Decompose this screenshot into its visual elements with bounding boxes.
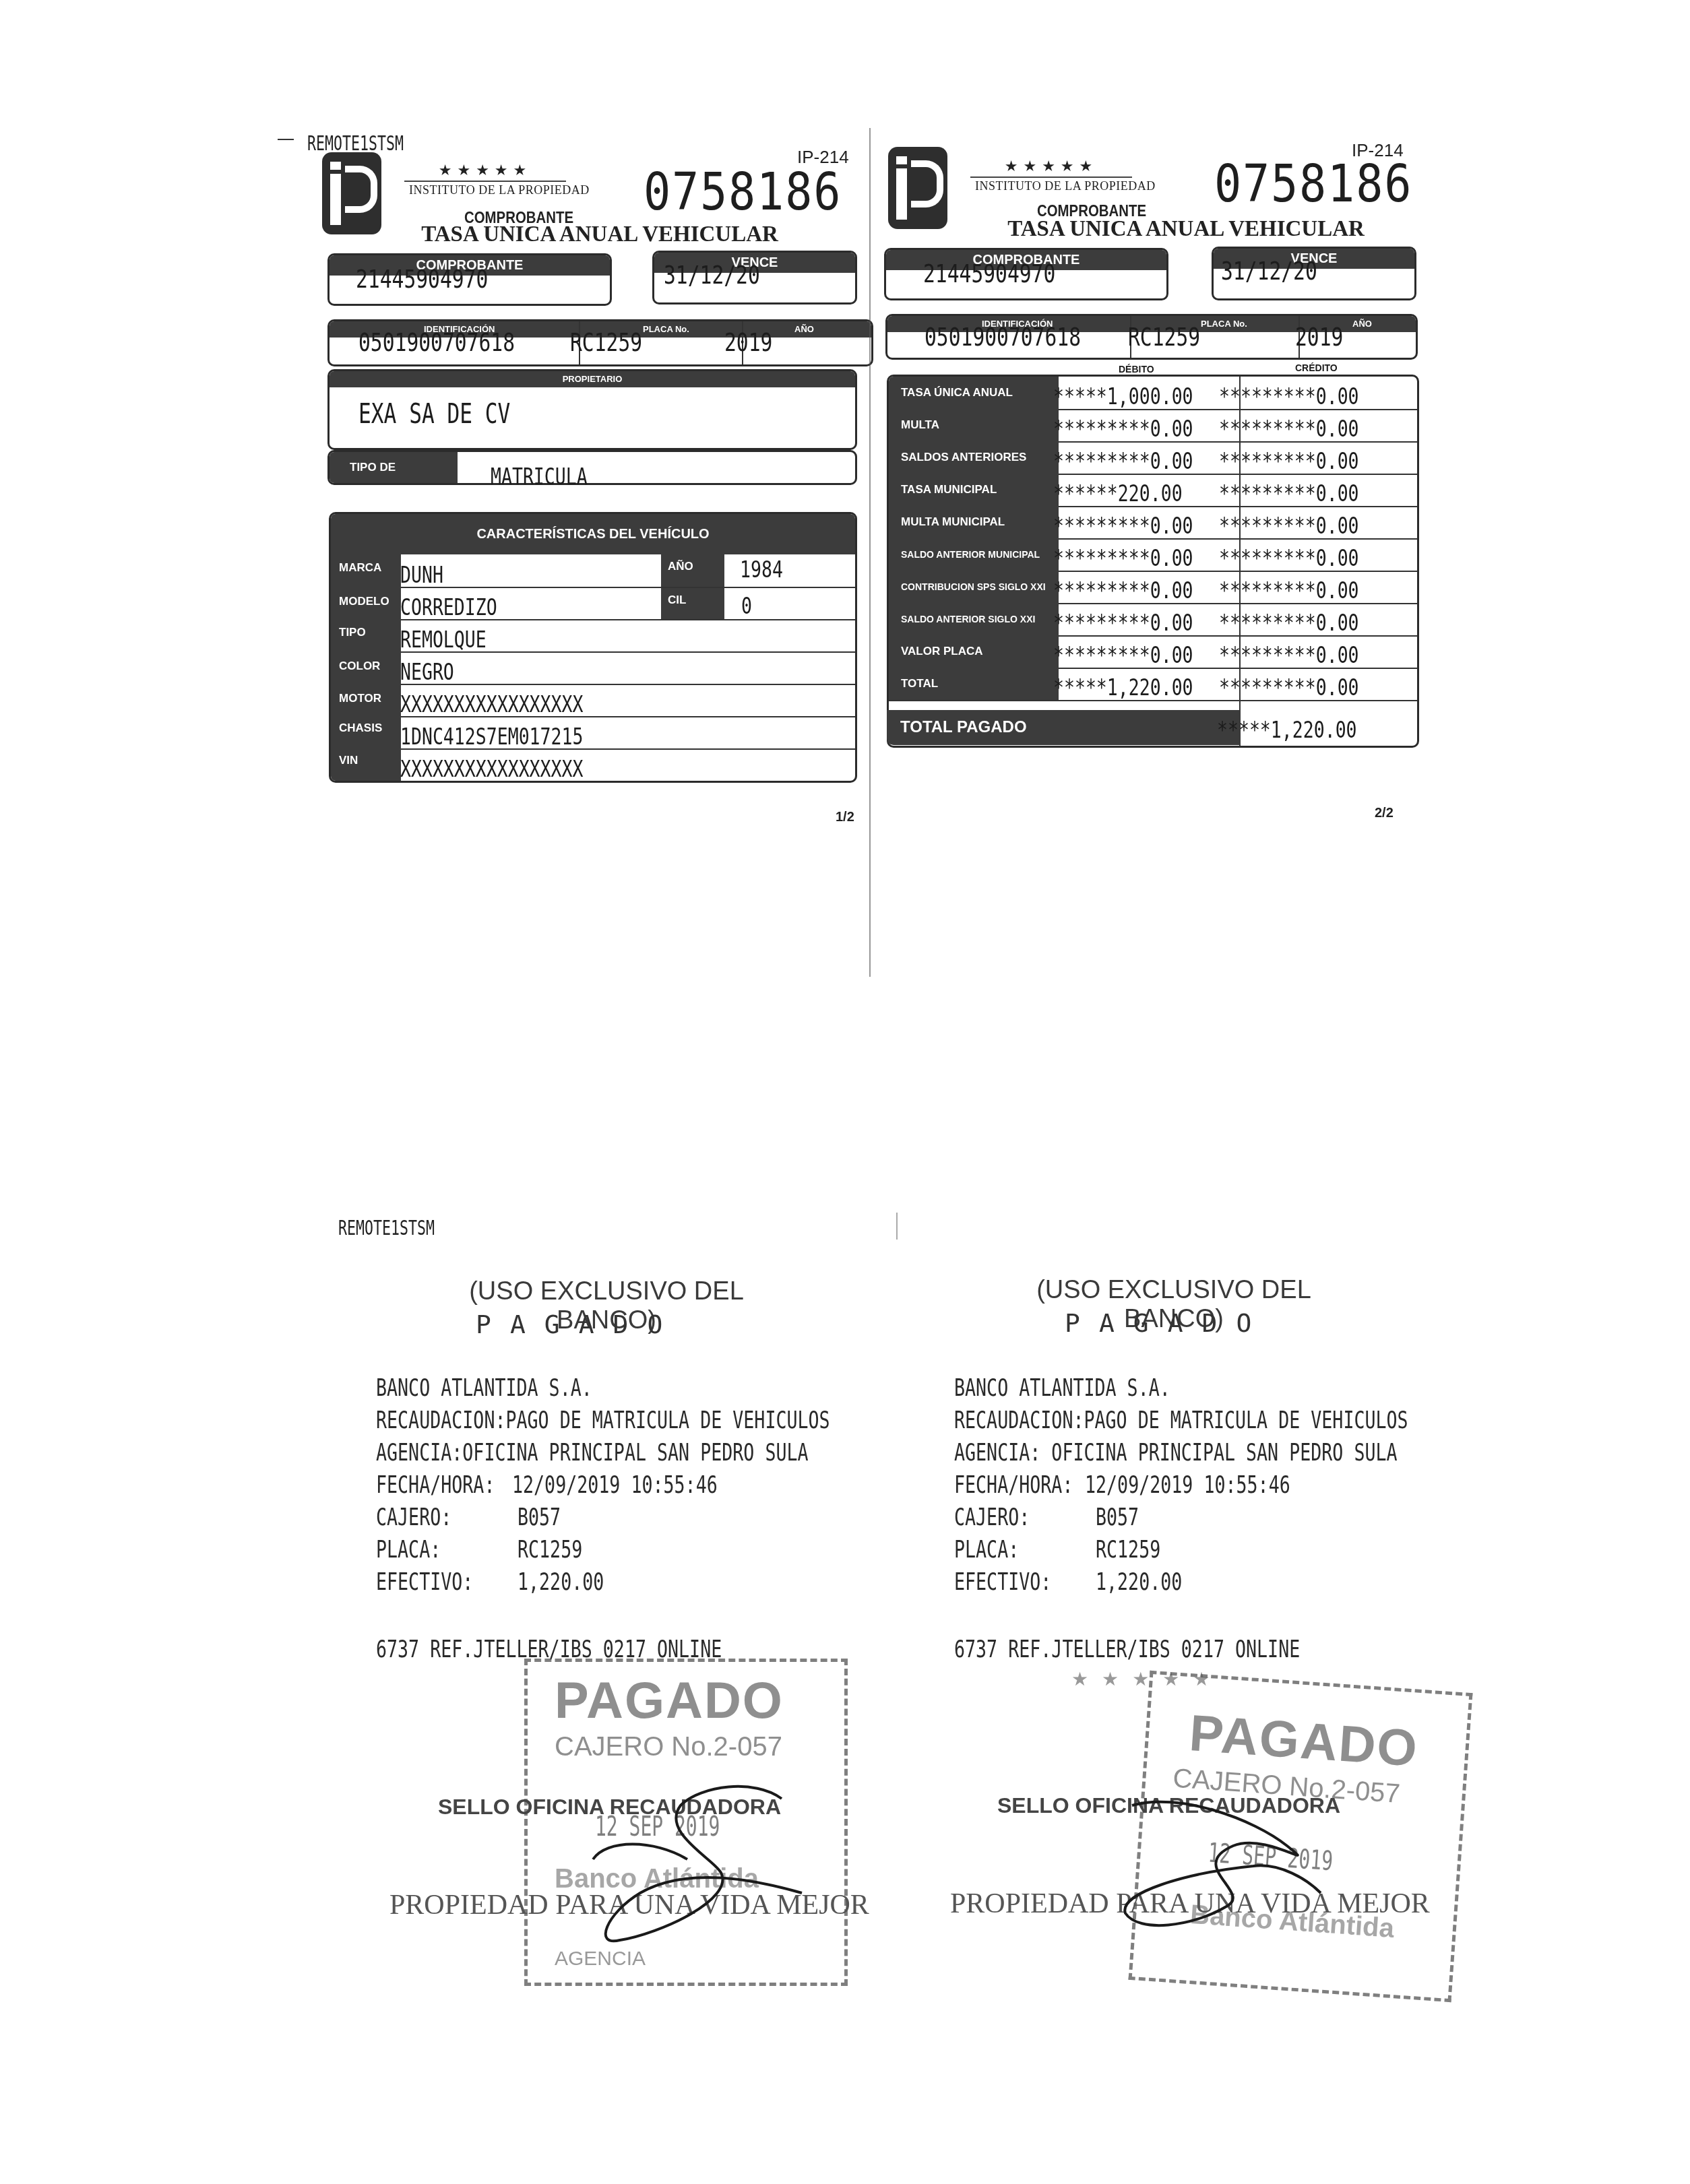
doc-title: TASA UNICA ANUAL VEHICULAR (391, 222, 809, 247)
comprobante-value: 21445904970 (356, 264, 488, 294)
signature-icon (1119, 1792, 1334, 1947)
debito-value: *********0.00 (1053, 610, 1193, 637)
placa-value: RC1259 (518, 1536, 582, 1564)
vin-label: VIN (339, 754, 358, 767)
signature-icon (580, 1778, 809, 1954)
scan-mark (278, 139, 294, 140)
serial-number: 0758186 (644, 162, 842, 222)
motor-value: XXXXXXXXXXXXXXXXX (400, 691, 583, 718)
recaudacion-line: RECAUDACION:PAGO DE MATRICULA DE VEHICUL… (954, 1407, 1408, 1434)
vence-value: 31/12/20 (1221, 256, 1317, 286)
debito-value: *****1,000.00 (1053, 383, 1193, 410)
credito-value: *********0.00 (1219, 610, 1359, 637)
placa-value: RC1259 (570, 327, 642, 357)
debito-value: *********0.00 (1053, 416, 1193, 443)
credito-header: CRÉDITO (1295, 362, 1338, 373)
reference-line: 6737 REF.JTELLER/IBS 0217 ONLINE (954, 1636, 1300, 1663)
placa-label: PLACA No. (1201, 316, 1247, 332)
financial-row-label: MULTA MUNICIPAL (889, 506, 1059, 538)
agencia-line: AGENCIA:OFICINA PRINCIPAL SAN PEDRO SULA (376, 1439, 809, 1467)
fecha-label: FECHA/HORA: (954, 1471, 1073, 1499)
debito-value: ******220.00 (1053, 480, 1183, 507)
institution-rule (970, 176, 1132, 178)
credito-value: *********0.00 (1219, 642, 1359, 669)
cajero-label: CAJERO: (954, 1504, 1030, 1531)
financial-row: VALOR PLACA*********0.00*********0.00 (889, 635, 1417, 669)
doc-title: TASA UNICA ANUAL VEHICULAR (984, 217, 1388, 242)
institution-rule (404, 181, 566, 182)
tipo-value: REMOLQUE (400, 627, 487, 653)
financial-row: CONTRIBUCION SPS SIGLO XXI*********0.00*… (889, 571, 1417, 604)
vin-value: XXXXXXXXXXXXXXXXX (400, 756, 583, 783)
institution-name: INSTITUTO DE LA PROPIEDAD (975, 179, 1156, 193)
institution-name: INSTITUTO DE LA PROPIEDAD (409, 183, 590, 197)
financial-row-label: SALDOS ANTERIORES (889, 441, 1059, 474)
institution-stars: ★★★★★ (404, 162, 566, 179)
cil-value: 0 (741, 593, 752, 620)
financial-table: TASA ÚNICA ANUAL*****1,000.00*********0.… (887, 375, 1419, 748)
credito-value: *********0.00 (1219, 383, 1359, 410)
fecha-label: FECHA/HORA: (376, 1471, 495, 1499)
debito-value: *********0.00 (1053, 448, 1193, 475)
row-divider (401, 587, 855, 588)
placa-label: PLACA: (954, 1536, 1019, 1564)
tipo-operacion-value: MATRICULA (491, 463, 588, 490)
financial-row: SALDOS ANTERIORES*********0.00*********0… (889, 441, 1417, 475)
debito-value: *********0.00 (1053, 642, 1193, 669)
bank-remote-tag: REMOTE1STSM (338, 1217, 435, 1240)
anio-value: 2019 (1295, 322, 1343, 352)
financial-row-label: SALDO ANTERIOR MUNICIPAL (889, 538, 1059, 571)
placa-label: PLACA: (376, 1536, 441, 1564)
credito-value: *********0.00 (1219, 480, 1359, 507)
marca-value: DUNH (400, 562, 443, 589)
placa-value: RC1259 (1096, 1536, 1160, 1564)
financial-row: MULTA MUNICIPAL*********0.00*********0.0… (889, 506, 1417, 540)
row-divider (401, 684, 855, 685)
placa-value: RC1259 (1128, 322, 1200, 352)
ip-logo-icon (322, 152, 381, 234)
motor-label: MOTOR (339, 692, 381, 705)
anio-label: AÑO (794, 321, 814, 338)
financial-row-label: CONTRIBUCION SPS SIGLO XXI (889, 571, 1059, 603)
financial-row: SALDO ANTERIOR SIGLO XXI*********0.00***… (889, 603, 1417, 637)
identificacion-value: 0501900707618 (358, 327, 515, 357)
credito-value: *********0.00 (1219, 545, 1359, 572)
copy-divider (869, 128, 871, 977)
bank-name: BANCO ATLANTIDA S.A. (376, 1374, 592, 1402)
cajero-label: CAJERO: (376, 1504, 451, 1531)
financial-row-label: SALDO ANTERIOR SIGLO XXI (889, 603, 1059, 635)
financial-row: TASA MUNICIPAL******220.00*********0.00 (889, 474, 1417, 507)
ip-logo-icon (888, 147, 947, 229)
cajero-value: B057 (1096, 1504, 1139, 1531)
bank-name: BANCO ATLANTIDA S.A. (954, 1374, 1170, 1402)
stamp-cajero: CAJERO No.2-057 (555, 1732, 782, 1762)
efectivo-label: EFECTIVO: (954, 1568, 1051, 1596)
cajero-value: B057 (518, 1504, 561, 1531)
propietario-value: EXA SA DE CV (358, 399, 510, 430)
color-label: COLOR (339, 660, 380, 673)
vence-value: 31/12/20 (664, 260, 760, 290)
stamp-title: PAGADO (555, 1671, 784, 1730)
modelo-value: CORREDIZO (400, 594, 497, 621)
credito-value: *********0.00 (1219, 448, 1359, 475)
page-number: 2/2 (1375, 806, 1394, 821)
financial-row: TOTAL*****1,220.00*********0.00 (889, 668, 1417, 701)
tipo-operacion-box: TIPO DE OPERACIÓN (327, 450, 857, 485)
credito-value: *********0.00 (1219, 513, 1359, 540)
marca-label: MARCA (339, 561, 381, 575)
color-value: NEGRO (400, 659, 454, 686)
debito-value: *****1,220.00 (1053, 674, 1193, 701)
chasis-label: CHASIS (339, 721, 382, 735)
total-pagado-label: TOTAL PAGADO (887, 710, 1240, 745)
credito-value: *********0.00 (1219, 577, 1359, 604)
total-pagado-row: TOTAL PAGADO (887, 710, 1240, 745)
efectivo-value: 1,220.00 (518, 1568, 604, 1596)
agencia-line: AGENCIA: OFICINA PRINCIPAL SAN PEDRO SUL… (954, 1439, 1398, 1467)
efectivo-value: 1,220.00 (1096, 1568, 1182, 1596)
financial-row: TASA ÚNICA ANUAL*****1,000.00*********0.… (889, 377, 1417, 410)
financial-row: MULTA*********0.00*********0.00 (889, 409, 1417, 443)
bank-status: PAGADO (476, 1310, 681, 1339)
identificacion-value: 0501900707618 (925, 322, 1081, 352)
financial-row-label: TASA MUNICIPAL (889, 474, 1059, 506)
credito-value: *********0.00 (1219, 674, 1359, 701)
anio-value: 2019 (724, 327, 772, 357)
financial-row-label: VALOR PLACA (889, 635, 1059, 668)
anio-vehiculo-value: 1984 (740, 556, 783, 583)
debito-header: DÉBITO (1119, 364, 1154, 375)
tipo-operacion-label: TIPO DE OPERACIÓN (330, 452, 458, 483)
comprobante-value: 21445904970 (923, 259, 1055, 288)
modelo-label: MODELO (339, 595, 389, 608)
financial-row: SALDO ANTERIOR MUNICIPAL*********0.00***… (889, 538, 1417, 572)
anio-vehiculo-label: AÑO (668, 560, 693, 573)
debito-value: *********0.00 (1053, 577, 1193, 604)
propietario-label: PROPIETARIO (330, 371, 855, 387)
cil-label: CIL (668, 593, 686, 607)
copy-divider (896, 1213, 898, 1240)
bank-status: PAGADO (1065, 1308, 1270, 1338)
page-number: 1/2 (836, 810, 854, 825)
recaudacion-line: RECAUDACION:PAGO DE MATRICULA DE VEHICUL… (376, 1407, 830, 1434)
placa-label: PLACA No. (643, 321, 689, 338)
efectivo-label: EFECTIVO: (376, 1568, 473, 1596)
fecha-value: 12/09/2019 10:55:46 (1085, 1471, 1290, 1499)
financial-row-label: TASA ÚNICA ANUAL (889, 377, 1059, 409)
anio-label: AÑO (1352, 316, 1372, 332)
debito-value: *********0.00 (1053, 513, 1193, 540)
tipo-label: TIPO (339, 626, 366, 639)
financial-row-label: TOTAL (889, 668, 1059, 700)
debito-value: *********0.00 (1053, 545, 1193, 572)
financial-row-label: MULTA (889, 409, 1059, 441)
credito-value: *********0.00 (1219, 416, 1359, 443)
fecha-value: 12/09/2019 10:55:46 (512, 1471, 718, 1499)
institution-stars: ★★★★★ (970, 158, 1132, 175)
serial-number: 0758186 (1214, 154, 1412, 214)
vehicle-title: CARACTERÍSTICAS DEL VEHÍCULO (331, 514, 855, 554)
chasis-value: 1DNC412S7EM017215 (400, 724, 583, 750)
total-pagado-value: *****1,220.00 (1217, 717, 1357, 744)
